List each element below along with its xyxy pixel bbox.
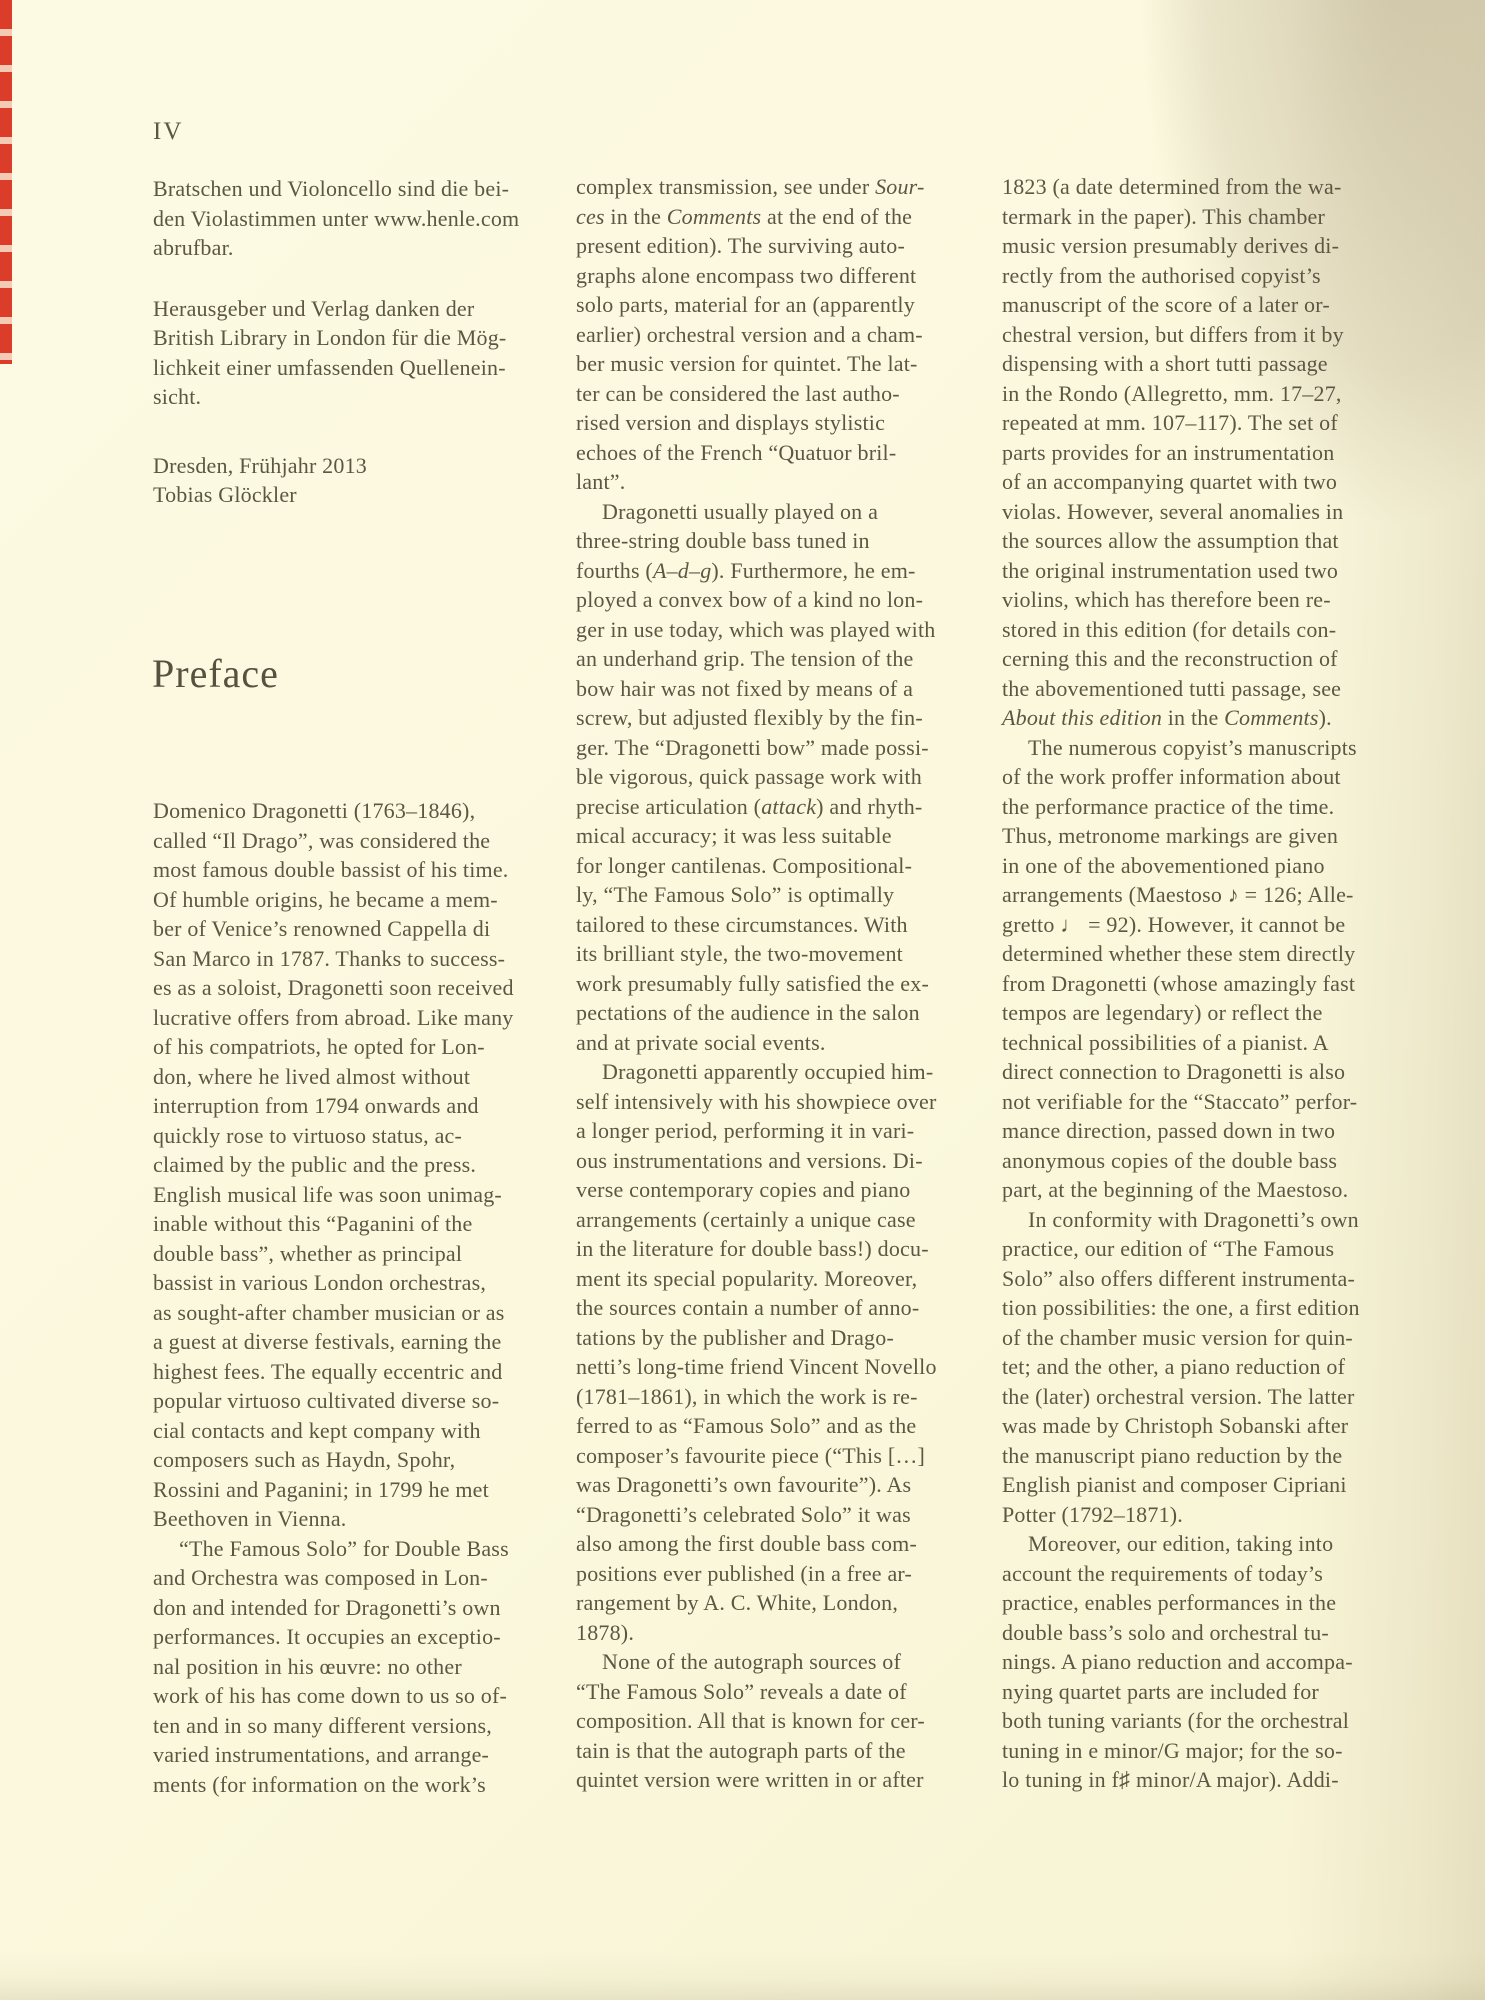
text-line: nying quartet parts are included for <box>1002 1677 1407 1707</box>
text-line: in the literature for double bass!) docu… <box>576 1234 981 1264</box>
text-line: gretto ♩ = 92). However, it cannot be <box>1002 910 1407 940</box>
text-line: tion possibilities: the one, a first edi… <box>1002 1293 1407 1323</box>
text-line: positions ever published (in a free ar- <box>576 1559 981 1589</box>
text-line: None of the autograph sources of <box>576 1647 981 1677</box>
preface-heading: Preface <box>152 650 279 698</box>
text-line: “Dragonetti’s celebrated Solo” it was <box>576 1500 981 1530</box>
text-line: Moreover, our edition, taking into <box>1002 1529 1407 1559</box>
text-line: Herausgeber und Verlag danken der <box>153 294 558 324</box>
text-line: Thus, metronome markings are given <box>1002 821 1407 851</box>
text-line: ly, “The Famous Solo” is optimally <box>576 880 981 910</box>
text-line: es as a soloist, Dragonetti soon receive… <box>153 973 558 1003</box>
text-line: ces in the Comments at the end of the <box>576 202 981 232</box>
text-line: quickly rose to virtuoso status, ac- <box>153 1121 558 1151</box>
text-line: tet; and the other, a piano reduction of <box>1002 1352 1407 1382</box>
text-line: the sources allow the assumption that <box>1002 526 1407 556</box>
text-line: not verifiable for the “Staccato” perfor… <box>1002 1087 1407 1117</box>
text-line: 1823 (a date determined from the wa- <box>1002 172 1407 202</box>
text-line: account the requirements of today’s <box>1002 1559 1407 1589</box>
text-line: fourths (A–d–g). Furthermore, he em- <box>576 556 981 586</box>
text-line: About this edition in the Comments). <box>1002 703 1407 733</box>
text-line: ber of Venice’s renowned Cappella di <box>153 914 558 944</box>
text-line: work presumably fully satisfied the ex- <box>576 969 981 999</box>
text-line: ous instrumentations and versions. Di- <box>576 1146 981 1176</box>
text-line: stored in this edition (for details con- <box>1002 615 1407 645</box>
text-line: English pianist and composer Cipriani <box>1002 1470 1407 1500</box>
text-line: ten and in so many different versions, <box>153 1711 558 1741</box>
text-line: Of humble origins, he became a mem- <box>153 885 558 915</box>
text-line: most famous double bassist of his time. <box>153 855 558 885</box>
text-line: den Violastimmen unter www.henle.com <box>153 204 558 234</box>
text-line: highest fees. The equally eccentric and <box>153 1357 558 1387</box>
text-line: Domenico Dragonetti (1763–1846), <box>153 796 558 826</box>
text-line: tain is that the autograph parts of the <box>576 1736 981 1766</box>
text-line: don, where he lived almost without <box>153 1062 558 1092</box>
text-line: from Dragonetti (whose amazingly fast <box>1002 969 1407 999</box>
text-line: practice, enables performances in the <box>1002 1588 1407 1618</box>
text-line: ployed a convex bow of a kind no lon- <box>576 585 981 615</box>
text-line: “The Famous Solo” for Double Bass <box>153 1534 558 1564</box>
text-line: solo parts, material for an (apparently <box>576 290 981 320</box>
text-line: composition. All that is known for cer- <box>576 1706 981 1736</box>
scan-shading-bottom <box>0 1950 1485 2000</box>
text-line: Dragonetti apparently occupied him- <box>576 1057 981 1087</box>
text-line: composers such as Haydn, Spohr, <box>153 1445 558 1475</box>
text-line: In conformity with Dragonetti’s own <box>1002 1205 1407 1235</box>
text-line: a longer period, performing it in vari- <box>576 1116 981 1146</box>
text-line: as sought-after chamber musician or as <box>153 1298 558 1328</box>
text-line: called “Il Drago”, was considered the <box>153 826 558 856</box>
text-line: for longer cantilenas. Compositional- <box>576 851 981 881</box>
text-line: netti’s long-time friend Vincent Novello <box>576 1352 981 1382</box>
text-line: cial contacts and kept company with <box>153 1416 558 1446</box>
page-number: IV <box>153 118 183 146</box>
text-line: music version presumably derives di- <box>1002 231 1407 261</box>
text-line: in the Rondo (Allegretto, mm. 17–27, <box>1002 379 1407 409</box>
text-line: abrufbar. <box>153 233 558 263</box>
text-line: claimed by the public and the press. <box>153 1150 558 1180</box>
text-line: cerning this and the reconstruction of <box>1002 644 1407 674</box>
text-line: dispensing with a short tutti passage <box>1002 349 1407 379</box>
text-line: three-string double bass tuned in <box>576 526 981 556</box>
text-line: also among the first double bass com- <box>576 1529 981 1559</box>
intro-paragraph: Bratschen und Violoncello sind die bei-d… <box>153 174 558 263</box>
text-line: arrangements (Maestoso ♪ = 126; Alle- <box>1002 880 1407 910</box>
text-line: ter can be considered the last autho- <box>576 379 981 409</box>
text-line: ments (for information on the work’s <box>153 1770 558 1800</box>
text-line: rised version and displays stylistic <box>576 408 981 438</box>
text-line: pectations of the audience in the salon <box>576 998 981 1028</box>
text-line: don and intended for Dragonetti’s own <box>153 1593 558 1623</box>
text-line: work of his has come down to us so of- <box>153 1681 558 1711</box>
text-line: ger in use today, which was played with <box>576 615 981 645</box>
text-line: composer’s favourite piece (“This […] <box>576 1441 981 1471</box>
text-line: sicht. <box>153 382 558 412</box>
text-line: its brilliant style, the two-movement <box>576 939 981 969</box>
text-line: both tuning variants (for the orchestral <box>1002 1706 1407 1736</box>
text-line: popular virtuoso cultivated diverse so- <box>153 1386 558 1416</box>
text-line: repeated at mm. 107–117). The set of <box>1002 408 1407 438</box>
text-line: bow hair was not fixed by means of a <box>576 674 981 704</box>
text-line: ger. The “Dragonetti bow” made possi- <box>576 733 981 763</box>
signature-block: Dresden, Frühjahr 2013Tobias Glöckler <box>153 451 558 510</box>
text-line: anonymous copies of the double bass <box>1002 1146 1407 1176</box>
text-line: tailored to these circumstances. With <box>576 910 981 940</box>
text-line: lo tuning in f♯ minor/A major). Addi- <box>1002 1765 1407 1795</box>
text-line: ber music version for quintet. The lat- <box>576 349 981 379</box>
text-line: parts provides for an instrumentation <box>1002 438 1407 468</box>
text-line: echoes of the French “Quatuor bril- <box>576 438 981 468</box>
text-line: nings. A piano reduction and accompa- <box>1002 1647 1407 1677</box>
text-line: direct connection to Dragonetti is also <box>1002 1057 1407 1087</box>
text-line: was made by Christoph Sobanski after <box>1002 1411 1407 1441</box>
text-line: violins, which has therefore been re- <box>1002 585 1407 615</box>
text-line: self intensively with his showpiece over <box>576 1087 981 1117</box>
text-line: ble vigorous, quick passage work with <box>576 762 981 792</box>
text-line: “The Famous Solo” reveals a date of <box>576 1677 981 1707</box>
text-line: ferred to as “Famous Solo” and as the <box>576 1411 981 1441</box>
text-line: Beethoven in Vienna. <box>153 1504 558 1534</box>
text-line: determined whether these stem directly <box>1002 939 1407 969</box>
text-line: double bass”, whether as principal <box>153 1239 558 1269</box>
text-line: of his compatriots, he opted for Lon- <box>153 1032 558 1062</box>
text-line: mical accuracy; it was less suitable <box>576 821 981 851</box>
text-line: earlier) orchestral version and a cham- <box>576 320 981 350</box>
text-line: interruption from 1794 onwards and <box>153 1091 558 1121</box>
text-line: tempos are legendary) or reflect the <box>1002 998 1407 1028</box>
text-line: arrangements (certainly a unique case <box>576 1205 981 1235</box>
text-line: verse contemporary copies and piano <box>576 1175 981 1205</box>
text-line: the performance practice of the time. <box>1002 792 1407 822</box>
text-line: Solo” also offers different instrumenta- <box>1002 1264 1407 1294</box>
text-line: screw, but adjusted flexibly by the fin- <box>576 703 981 733</box>
text-line: in one of the abovementioned piano <box>1002 851 1407 881</box>
text-line: manuscript of the score of a later or- <box>1002 290 1407 320</box>
text-line: the abovementioned tutti passage, see <box>1002 674 1407 704</box>
text-line: and Orchestra was composed in Lon- <box>153 1563 558 1593</box>
text-line: double bass’s solo and orchestral tu- <box>1002 1618 1407 1648</box>
intro-paragraph: Herausgeber und Verlag danken derBritish… <box>153 294 558 412</box>
text-line: termark in the paper). This chamber <box>1002 202 1407 232</box>
text-line: 1878). <box>576 1618 981 1648</box>
text-line: Dragonetti usually played on a <box>576 497 981 527</box>
text-line: performances. It occupies an exceptio- <box>153 1622 558 1652</box>
text-line: bassist in various London orchestras, <box>153 1268 558 1298</box>
text-line: inable without this “Paganini of the <box>153 1209 558 1239</box>
right-column: 1823 (a date determined from the wa-term… <box>1002 172 1407 1795</box>
text-line: English musical life was soon unimag- <box>153 1180 558 1210</box>
text-line: of the work proffer information about <box>1002 762 1407 792</box>
text-line: Bratschen und Violoncello sind die bei- <box>153 174 558 204</box>
text-line: the sources contain a number of anno- <box>576 1293 981 1323</box>
text-line: precise articulation (attack) and rhyth- <box>576 792 981 822</box>
book-page: IV Bratschen und Violoncello sind die be… <box>0 0 1485 2000</box>
text-line: San Marco in 1787. Thanks to success- <box>153 944 558 974</box>
text-line: Dresden, Frühjahr 2013 <box>153 451 558 481</box>
middle-column: complex transmission, see under Sour-ces… <box>576 172 981 1795</box>
text-line: tuning in e minor/G major; for the so- <box>1002 1736 1407 1766</box>
text-line: chestral version, but differs from it by <box>1002 320 1407 350</box>
text-line: The numerous copyist’s manuscripts <box>1002 733 1407 763</box>
text-line: Rossini and Paganini; in 1799 he met <box>153 1475 558 1505</box>
text-line: of the chamber music version for quin- <box>1002 1323 1407 1353</box>
text-line: Potter (1792–1871). <box>1002 1500 1407 1530</box>
text-line: lichkeit einer umfassenden Quellenein- <box>153 353 558 383</box>
text-line: the (later) orchestral version. The latt… <box>1002 1382 1407 1412</box>
text-line: British Library in London für die Mög- <box>153 323 558 353</box>
text-line: part, at the beginning of the Maestoso. <box>1002 1175 1407 1205</box>
text-line: nal position in his œuvre: no other <box>153 1652 558 1682</box>
text-line: was Dragonetti’s own favourite”). As <box>576 1470 981 1500</box>
text-line: lucrative offers from abroad. Like many <box>153 1003 558 1033</box>
text-line: (1781–1861), in which the work is re- <box>576 1382 981 1412</box>
text-line: and at private social events. <box>576 1028 981 1058</box>
text-line: an underhand grip. The tension of the <box>576 644 981 674</box>
text-line: lant”. <box>576 467 981 497</box>
text-line: present edition). The surviving auto- <box>576 231 981 261</box>
left-column-body: Domenico Dragonetti (1763–1846),called “… <box>153 796 558 1799</box>
left-column-intro: Bratschen und Violoncello sind die bei-d… <box>153 174 558 510</box>
text-line: mance direction, passed down in two <box>1002 1116 1407 1146</box>
text-line: of an accompanying quartet with two <box>1002 467 1407 497</box>
text-line: Tobias Glöckler <box>153 480 558 510</box>
text-line: ment its special popularity. Moreover, <box>576 1264 981 1294</box>
text-line: violas. However, several anomalies in <box>1002 497 1407 527</box>
text-line: rectly from the authorised copyist’s <box>1002 261 1407 291</box>
text-line: quintet version were written in or after <box>576 1765 981 1795</box>
red-page-edge-marker <box>0 0 12 364</box>
text-line: the manuscript piano reduction by the <box>1002 1441 1407 1471</box>
text-line: a guest at diverse festivals, earning th… <box>153 1327 558 1357</box>
text-line: complex transmission, see under Sour- <box>576 172 981 202</box>
text-line: varied instrumentations, and arrange- <box>153 1740 558 1770</box>
text-line: tations by the publisher and Drago- <box>576 1323 981 1353</box>
text-line: the original instrumentation used two <box>1002 556 1407 586</box>
text-line: rangement by A. C. White, London, <box>576 1588 981 1618</box>
text-line: technical possibilities of a pianist. A <box>1002 1028 1407 1058</box>
text-line: graphs alone encompass two different <box>576 261 981 291</box>
text-line: practice, our edition of “The Famous <box>1002 1234 1407 1264</box>
